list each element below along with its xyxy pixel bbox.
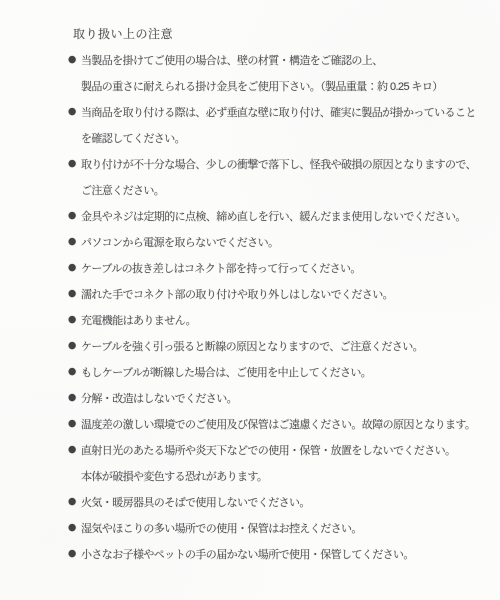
notice-text: 分解・改造はしないでください。 [81,390,237,406]
notice-text: もしケーブルが断線した場合は、ご使用を中止してください。 [81,364,371,380]
notice-line: ● 湿気やほこりの多い場所での使用・保管はお控えください。 [68,515,470,541]
notice-text: ケーブルを強く引っ張ると断線の原因となりますので、ご注意ください。 [81,338,423,354]
notice-line: ● 濡れた手でコネクト部の取り付けや取り外しはしないでください。 [68,281,470,307]
bullet-icon: ● [68,341,81,351]
notice-text: 金具やネジは定期的に点検、締め直しを行い、緩んだまま使用しないでください。 [81,208,466,224]
notice-text: 温度差の激しい環境でのご使用及び保管はご遠慮ください。故障の原因となります。 [81,416,475,432]
page-title: 取り扱い上の注意 [73,21,470,47]
notice-line: ● ご注意ください。 [68,177,470,203]
notice-text: ご注意ください。 [81,182,164,198]
notice-line: ● 小さなお子様やペットの手の届かない場所で使用・保管してください。 [68,541,470,567]
bullet-icon: ● [68,523,81,533]
notice-line: ● 充電機能はありません。 [68,307,470,333]
notice-text: 充電機能はありません。 [81,312,196,328]
notice-text: 火気・暖房器具のそばで使用しないでください。 [81,494,310,510]
notice-text: 濡れた手でコネクト部の取り付けや取り外しはしないでください。 [81,286,393,302]
bullet-icon: ● [68,237,81,247]
notice-line: ● 取り付けが不十分な場合、少しの衝撃で落下し、怪我や破損の原因となりますので、 [68,151,470,177]
notice-line: ● 本体が破損や変色する恐れがあります。 [68,463,470,489]
notice-list: ● 当製品を掛けてご使用の場合は、壁の材質・構造をご確認の上、 ● 製品の重さに… [68,47,470,567]
notice-text: ケーブルの抜き差しはコネクト部を持って行ってください。 [81,260,361,276]
bullet-icon: ● [68,315,81,325]
notice-text: 本体が破損や変色する恐れがあります。 [81,468,267,484]
bullet-icon: ● [68,263,81,273]
notice-line: ● 火気・暖房器具のそばで使用しないでください。 [68,489,470,515]
notice-line: ● 当商品を取り付ける際は、必ず垂直な壁に取り付け、確実に製品が掛かっていること [68,99,470,125]
notice-line: ● パソコンから電源を取らないでください。 [68,229,470,255]
notice-line: ● ケーブルを強く引っ張ると断線の原因となりますので、ご注意ください。 [68,333,470,359]
notice-line: ● 当製品を掛けてご使用の場合は、壁の材質・構造をご確認の上、 [68,47,470,73]
notice-text: 直射日光のあたる場所や炎天下などでの使用・保管・放置をしないでください。 [81,442,455,458]
bullet-icon: ● [68,289,81,299]
bullet-icon: ● [68,367,81,377]
bullet-icon: ● [68,55,81,65]
bullet-icon: ● [68,445,81,455]
bullet-icon: ● [68,549,81,559]
bullet-icon: ● [68,211,81,221]
bullet-icon: ● [68,159,81,169]
bullet-icon: ● [68,419,81,429]
notice-line: ● 直射日光のあたる場所や炎天下などでの使用・保管・放置をしないでください。 [68,437,470,463]
notice-line: ● 温度差の激しい環境でのご使用及び保管はご遠慮ください。故障の原因となります。 [68,411,470,437]
notice-text: 製品の重さに耐えられる掛け金具をご使用下さい。（製品重量：約 0.25 キロ） [81,78,443,94]
notice-text: 湿気やほこりの多い場所での使用・保管はお控えください。 [81,520,362,536]
bullet-icon: ● [68,393,81,403]
bullet-icon: ● [68,107,81,117]
notice-line: ● もしケーブルが断線した場合は、ご使用を中止してください。 [68,359,470,385]
notice-text: 小さなお子様やペットの手の届かない場所で使用・保管してください。 [81,546,414,562]
notice-text: パソコンから電源を取らないでください。 [81,234,278,250]
scanned-instruction-page: 取り扱い上の注意 ● 当製品を掛けてご使用の場合は、壁の材質・構造をご確認の上、… [0,0,500,600]
notice-text: 取り付けが不十分な場合、少しの衝撃で落下し、怪我や破損の原因となりますので、 [81,156,476,172]
notice-line: ● 金具やネジは定期的に点検、締め直しを行い、緩んだまま使用しないでください。 [68,203,470,229]
page-content: 取り扱い上の注意 ● 当製品を掛けてご使用の場合は、壁の材質・構造をご確認の上、… [68,21,470,567]
notice-line: ● を確認してください。 [68,125,470,151]
notice-text: 当商品を取り付ける際は、必ず垂直な壁に取り付け、確実に製品が掛かっていること [81,104,476,120]
notice-line: ● 製品の重さに耐えられる掛け金具をご使用下さい。（製品重量：約 0.25 キロ… [68,73,470,99]
notice-text: 当製品を掛けてご使用の場合は、壁の材質・構造をご確認の上、 [81,52,383,68]
notice-text: を確認してください。 [81,130,185,146]
notice-line: ● ケーブルの抜き差しはコネクト部を持って行ってください。 [68,255,470,281]
notice-line: ● 分解・改造はしないでください。 [68,385,470,411]
bullet-icon: ● [68,497,81,507]
